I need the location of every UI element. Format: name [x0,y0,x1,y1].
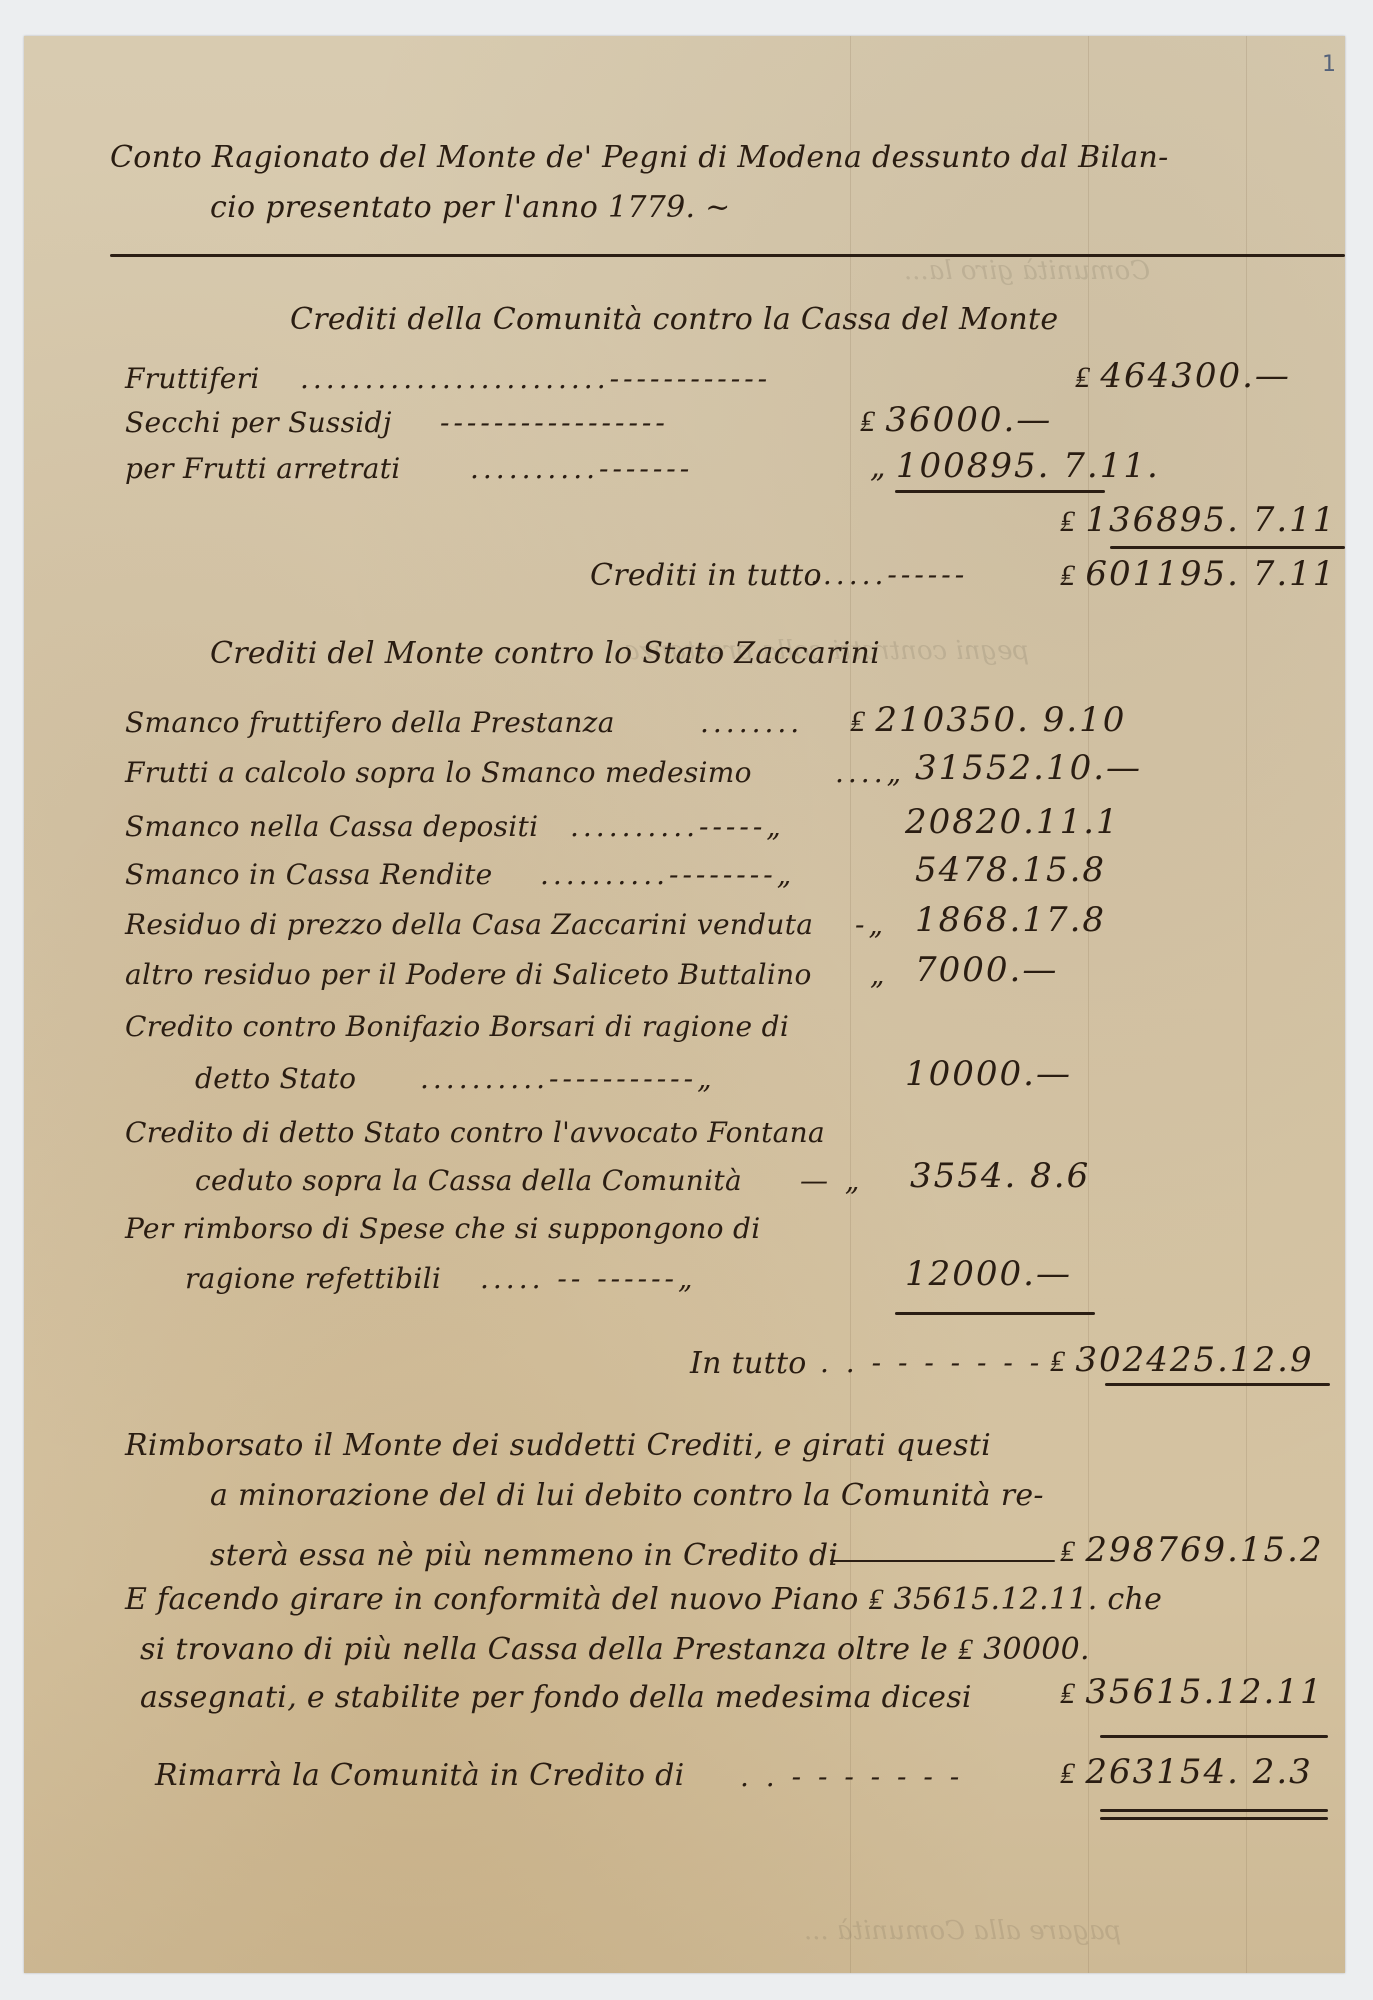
section2-total-label: In tutto [690,1346,807,1381]
conclusion-line: assegnati, e stabilite per fondo della m… [140,1680,972,1715]
lira-sign-icon: ₤ [1075,360,1090,395]
section2-heading: Crediti del Monte contro lo Stato Zaccar… [210,636,880,671]
section1-item-label: Secchi per Sussidj [125,406,392,439]
leader-dots: ..........------- [470,452,693,485]
section2-total-amount: ₤302425.12.9 [1050,1340,1314,1380]
subtotal-rule [895,1312,1095,1315]
leader-dots: — „ [800,1164,863,1197]
section2-item-amount: 12000.— [905,1254,1072,1294]
section2-item-label: Smanco in Cassa Rendite [125,858,493,891]
lira-sign-icon: ₤ [1060,504,1075,539]
double-underline-bottom [1100,1817,1328,1820]
lira-sign-icon: ₤ [1060,1756,1075,1791]
section2-item-label: altro residuo per il Podere di Saliceto … [125,958,812,991]
leader-dots: . . - - - - - - - [820,1346,1043,1379]
double-underline-top [1100,1809,1328,1812]
section1-item-label: Fruttiferi [125,362,260,395]
conclusion-line: Rimborsato il Monte dei suddetti Crediti… [125,1428,991,1463]
section2-item-label: Credito contro Bonifazio Borsari di ragi… [125,1010,789,1043]
leader-dots: ..... -- ------„ [480,1262,697,1295]
section2-item-amount: 3554. 8.6 [910,1156,1090,1196]
subtotal-rule [895,490,1105,493]
section1-item-label: per Frutti arretrati [125,452,401,485]
section1-total-amount: ₤601195. 7.11 [1060,554,1336,594]
conclusion-line: E facendo girare in conformità del nuovo… [125,1582,1162,1617]
leader-dots: ........................------------ [300,362,771,395]
section1-total-label: Crediti in tutto [590,558,822,593]
lira-sign-icon: ₤ [1060,1676,1075,1711]
section2-item-label: Smanco fruttifero della Prestanza [125,706,615,739]
leader-dots: ........ [700,706,803,739]
section2-item-amount: ₤210350. 9.10 [850,700,1126,740]
section2-item-amount: 5478.15.8 [915,850,1106,890]
section2-item-amount: 31552.10.— [915,748,1142,788]
section2-item-continuation: ragione refettibili [185,1262,441,1295]
leader-dots: ......------ [810,558,968,591]
credit-amount: ₤298769.15.2 [1060,1530,1324,1570]
final-amount: ₤263154. 2.3 [1060,1752,1313,1792]
conclusion-line: sterà essa nè più nemmeno in Credito di [210,1538,838,1573]
leader-dots: ..........-----„ [570,810,785,843]
conclusion-line: Rimarrà la Comunità in Credito di [155,1758,684,1793]
leader-dots: ....„ [835,756,905,789]
total-rule [1110,546,1345,549]
leader-dots: ..........--------„ [540,858,795,891]
deduction-amount: ₤35615.12.11 [1060,1672,1324,1712]
section2-item-label: Frutti a calcolo sopra lo Smanco medesim… [125,756,752,789]
bleed-through-text: Comunità giro la... [904,256,1150,286]
section2-item-amount: 7000.— [915,950,1058,990]
conclusion-line: a minorazione del di lui debito contro l… [210,1478,1044,1513]
document-title-line-1: Conto Ragionato del Monte de' Pegni di M… [110,140,1169,175]
leader-dots: ----------------- [440,406,669,439]
section2-item-label: Per rimborso di Spese che si suppongono … [125,1212,761,1245]
lira-sign-icon: ₤ [860,404,875,439]
lira-sign-icon: ₤ [850,704,865,739]
leader-dots: -„ [855,908,887,941]
section2-item-continuation: ceduto sopra la Cassa della Comunità [195,1164,742,1197]
section1-item-amount: ₤464300.— [1075,356,1291,396]
conclusion-line: si trovano di più nella Cassa della Pres… [140,1632,1090,1667]
leader-dots: . . - - - - - - - [740,1760,963,1793]
section2-item-continuation: detto Stato [195,1062,356,1095]
total-underline [1105,1383,1330,1386]
title-rule [110,254,1345,257]
leader-dots: ..........-----------„ [420,1062,716,1095]
section1-item-amount: „100895. 7.11. [870,446,1160,486]
lira-sign-icon: ₤ [1060,558,1075,593]
section2-item-label: Credito di detto Stato contro l'avvocato… [125,1116,825,1149]
page-number: 1 [1322,52,1336,77]
bleed-through-text: pagare alla Comunità ... [804,1916,1121,1946]
section2-item-label: Smanco nella Cassa depositi [125,810,538,843]
final-rule [1100,1735,1328,1738]
leader-dots: „ [870,958,889,991]
section2-item-amount: 1868.17.8 [915,900,1106,940]
lira-sign-icon: ₤ [1050,1344,1065,1379]
section2-item-label: Residuo di prezzo della Casa Zaccarini v… [125,908,813,941]
leader-rule [830,1560,1055,1562]
section2-item-amount: 10000.— [905,1054,1072,1094]
section1-subtotal: ₤136895. 7.11 [1060,500,1336,540]
section1-item-amount: ₤36000.— [860,400,1052,440]
lira-sign-icon: ₤ [1060,1534,1075,1569]
section2-item-amount: 20820.11.1 [905,802,1120,842]
document-title-line-2: cio presentato per l'anno 1779. ~ [210,190,731,225]
section1-heading: Crediti della Comunità contro la Cassa d… [290,302,1058,337]
